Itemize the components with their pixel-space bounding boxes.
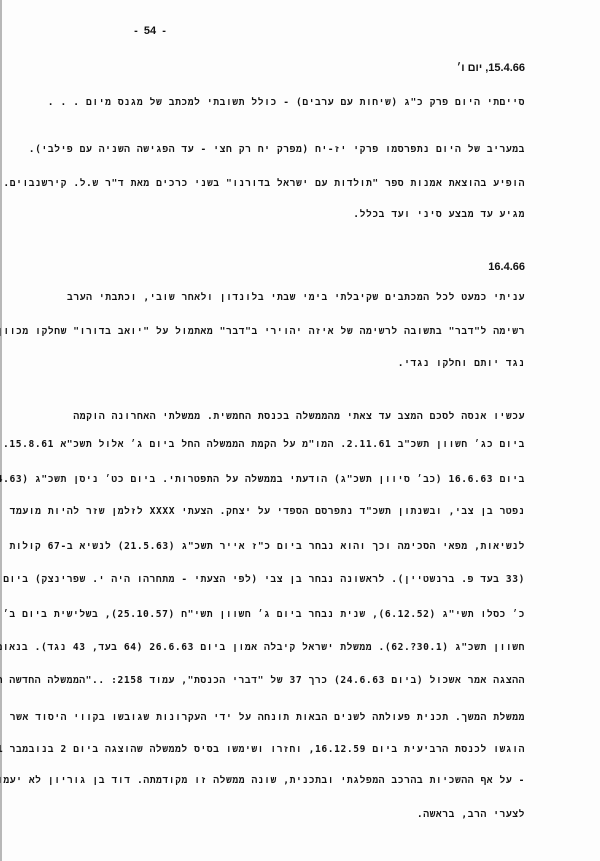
text-line: חשוון תשכ"ג (30.1?.62). ממשלת ישראל קיבל… [35,641,525,655]
entry-date: 15.4.66, יום ו׳ [457,61,525,75]
text-line: לצערי הרב, בראשה. [417,808,525,822]
text-line: נפטר בן צבי, ובשנתון תשכ"ד נתפרסם הספדי … [35,505,525,519]
text-line: עכשיו אנסה לסכם המצב עד צאתי מהממשלה בכנ… [73,410,525,424]
text-line: - על אף ההשכיות בהרכב המפלגתי ובתכנית, ש… [35,774,525,788]
page-number: - 54 - [120,25,180,37]
text-line: במעריב של היום נתפרסמו פרקי יז-יח (מפרק … [35,143,525,157]
text-line: ביום 16.6.63 (כב׳ סיוון תשכ"ג) הודעתי במ… [35,473,525,487]
entry-date: 16.4.66 [488,260,525,274]
text-line: עניתי כמעט לכל המכתבים שקיבלתי בימי שבתי… [67,291,525,305]
text-line: ממשלת המשך. תכנית פעולתה לשנים הבאות תונ… [35,711,525,725]
text-line: ביום כג׳ חשוון תשכ"ב 2.11.61. המו"מ על ה… [35,438,525,452]
text-line: ההצגה אמר אשכול (ביום 24.6.63) כרך 37 של… [35,674,525,688]
text-line: (33 בעד פ. ברנשטיין). לראשונה נבחר בן צב… [35,573,525,587]
text-line: הופיע בהוצאת אמנות ספר "תולדות עם ישראל … [35,177,525,191]
page-left-edge [0,0,2,861]
text-line: רשימה ל"דבר" בתשובה לרשימה של איזה יהויר… [35,325,525,339]
text-line: הוגשו לכנסת הרביעית ביום 16.12.59, וחזרו… [35,743,525,757]
text-line: מגיע עד מבצע סיני ועד בכלל. [353,208,525,222]
text-line: נגד יותם וחלקו נגדי. [398,357,525,371]
text-line: לנשיאות, מפאי הסכימה וכך והוא נבחר ביום … [35,540,525,554]
text-line: סייםתי היום פרק כ"ג (שיחות עם ערבים) - כ… [48,96,525,110]
text-line: כ׳ כסלו תשי"ג (6.12.52), שנית נבחר ביום … [35,608,525,622]
